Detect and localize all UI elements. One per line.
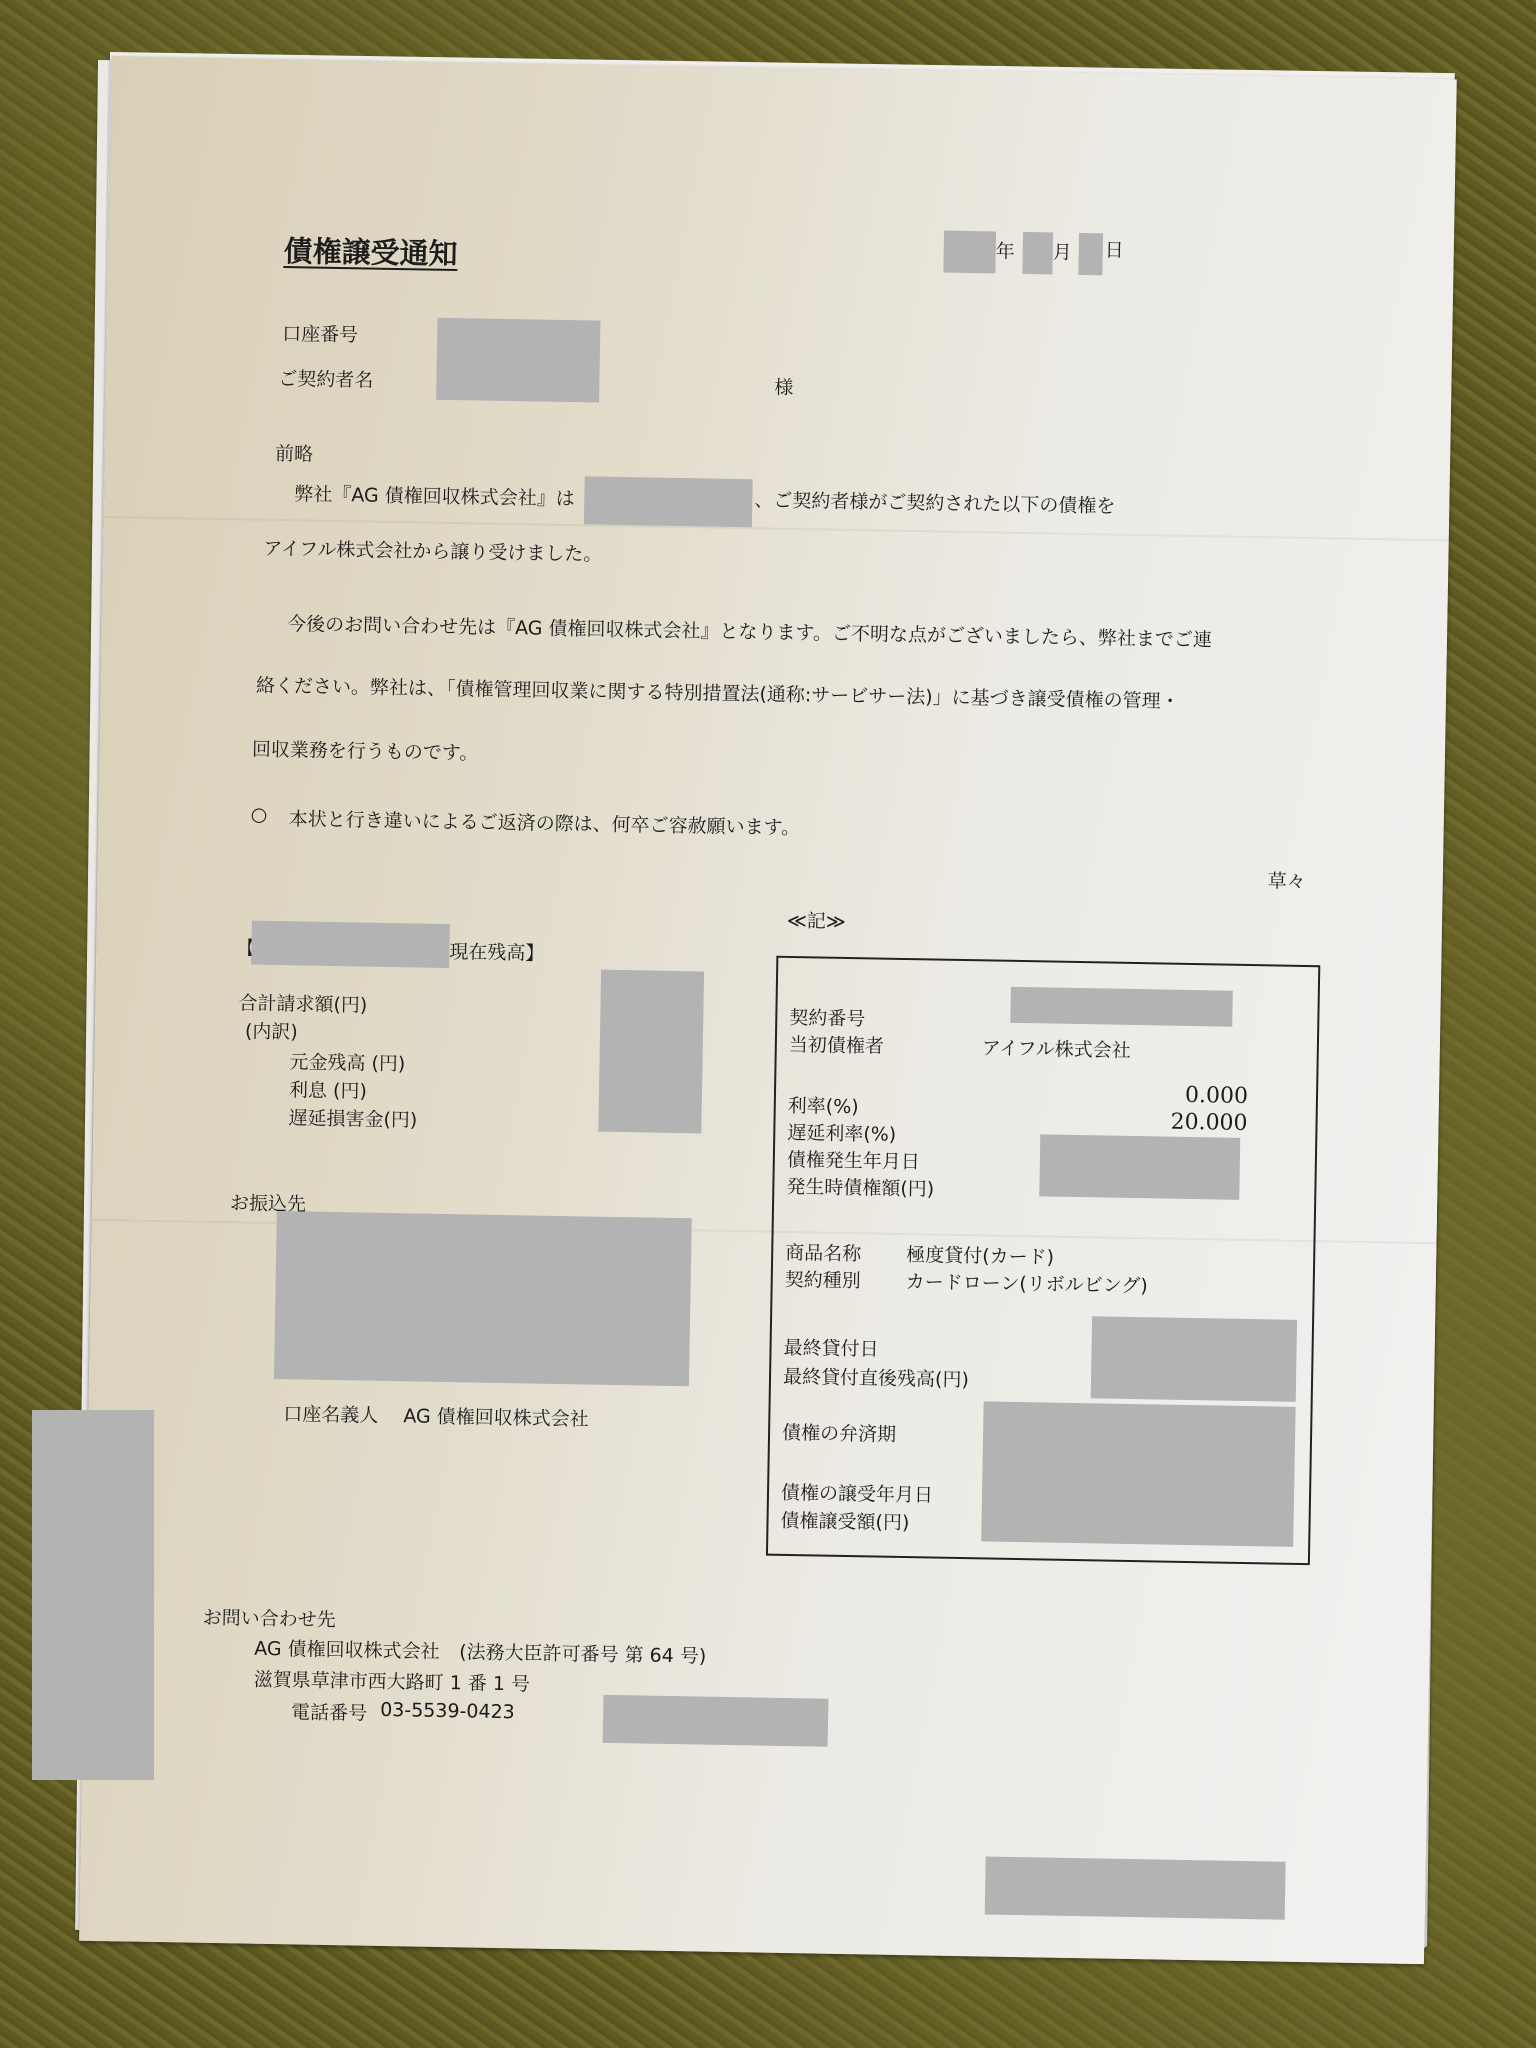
contact-phone-label: 電話番号	[291, 1697, 367, 1725]
original-creditor-label: 当初債権者	[789, 1030, 884, 1059]
note-text: 本状と行き違いによるご返済の際は、何卒ご容赦願います。	[288, 804, 800, 840]
account-holder: AG 債権回収株式会社	[403, 1401, 589, 1431]
contact-address: 滋賀県草津市西大路町 1 番 1 号	[253, 1665, 530, 1697]
contract-type: カードローン(リボルビング)	[906, 1267, 1149, 1298]
claim-amount-label: 発生時債権額(円)	[786, 1172, 934, 1202]
redacted-footer	[985, 1857, 1286, 1920]
date-month-suffix: 月	[1053, 237, 1072, 264]
breakdown-label: (内訳)	[245, 1016, 298, 1044]
redacted-contact-extra	[603, 1695, 829, 1747]
interest-label: 利息 (円)	[289, 1075, 367, 1103]
contract-type-label: 契約種別	[785, 1265, 861, 1293]
late-fee-label: 遅延損害金(円)	[288, 1103, 417, 1132]
contract-details-box: 契約番号 当初債権者 アイフル株式会社 利率(%) 0.000 遅延利率(%) …	[766, 956, 1320, 1565]
document-title: 債権譲受通知	[283, 229, 458, 273]
contract-no-label: 契約番号	[789, 1003, 865, 1031]
redacted-bank-account	[274, 1211, 692, 1386]
late-rate: 20.000	[1170, 1110, 1247, 1136]
record-heading: ≪記≫	[787, 906, 846, 934]
original-creditor: アイフル株式会社	[982, 1033, 1131, 1063]
redacted-date-in-text	[584, 476, 753, 527]
late-rate-label: 遅延利率(%)	[787, 1118, 896, 1147]
account-holder-label: 口座名義人	[283, 1399, 378, 1428]
date-day-suffix: 日	[1105, 235, 1124, 262]
para1-line2: アイフル株式会社から譲り受けました。	[263, 534, 602, 567]
last-loan-date-label: 最終貸付日	[783, 1333, 878, 1362]
contact-license: (法務大臣許可番号 第 64 号)	[459, 1637, 707, 1668]
product: 極度貸付(カード)	[906, 1240, 1054, 1270]
contact-label: お問い合わせ先	[203, 1603, 336, 1632]
interest-rate: 0.000	[1185, 1083, 1248, 1109]
redacted-contract-no	[1010, 987, 1233, 1027]
redacted-balance-amounts	[598, 970, 704, 1134]
maturity-label: 債権の弁済期	[782, 1418, 896, 1447]
transfer-amount-label: 債権譲受額(円)	[780, 1506, 909, 1535]
para2-line2: 絡ください。弊社は、「債権管理回収業に関する特別措置法(通称:サービサー法)」に…	[256, 671, 1180, 714]
note-bullet: ○	[251, 804, 268, 826]
redacted-stamp	[32, 1410, 154, 1780]
redacted-account-info	[436, 318, 600, 403]
contact-company: AG 債権回収株式会社	[254, 1634, 440, 1664]
contractor-name-label: ご契約者名	[278, 364, 373, 393]
para2-line1: 今後のお問い合わせ先は『AG 債権回収株式会社』となります。ご不明な点がございま…	[287, 609, 1212, 652]
redacted-balance-date	[251, 921, 450, 968]
para2-line3: 回収業務を行うものです。	[252, 735, 479, 766]
last-loan-balance-label: 最終貸付直後残高(円)	[783, 1362, 969, 1392]
date-year-suffix: 年	[996, 236, 1015, 263]
interest-rate-label: 利率(%)	[788, 1091, 859, 1119]
redacted-claim-info	[1039, 1134, 1240, 1199]
redacted-last-loan-info	[1091, 1316, 1297, 1402]
salutation: 前略	[275, 439, 313, 467]
contact-phone: 03-5539-0423	[380, 1699, 515, 1723]
document-page: 債権譲受通知 年 月 日 口座番号 ご契約者名 様 前略 弊社『AG 債権回収株…	[79, 56, 1457, 1964]
balance-heading-suffix: 現在残高】	[449, 937, 544, 966]
claim-date-label: 債権発生年月日	[787, 1145, 920, 1174]
para1-line1-pre: 弊社『AG 債権回収株式会社』は	[294, 479, 575, 511]
redacted-day	[1078, 233, 1103, 275]
para1-line1-post: 、ご契約者様がご契約された以下の債権を	[754, 485, 1115, 518]
principal-label: 元金残高 (円)	[289, 1047, 405, 1076]
redacted-month	[1022, 232, 1053, 275]
account-number-label: 口座番号	[282, 319, 358, 347]
redacted-year	[943, 231, 996, 274]
transfer-date-label: 債権の譲受年月日	[781, 1478, 933, 1508]
redacted-transfer-info	[981, 1401, 1295, 1546]
product-label: 商品名称	[785, 1238, 861, 1266]
closing: 草々	[1268, 866, 1306, 894]
honorific: 様	[774, 373, 793, 400]
total-billed-label: 合計請求額(円)	[238, 988, 367, 1017]
